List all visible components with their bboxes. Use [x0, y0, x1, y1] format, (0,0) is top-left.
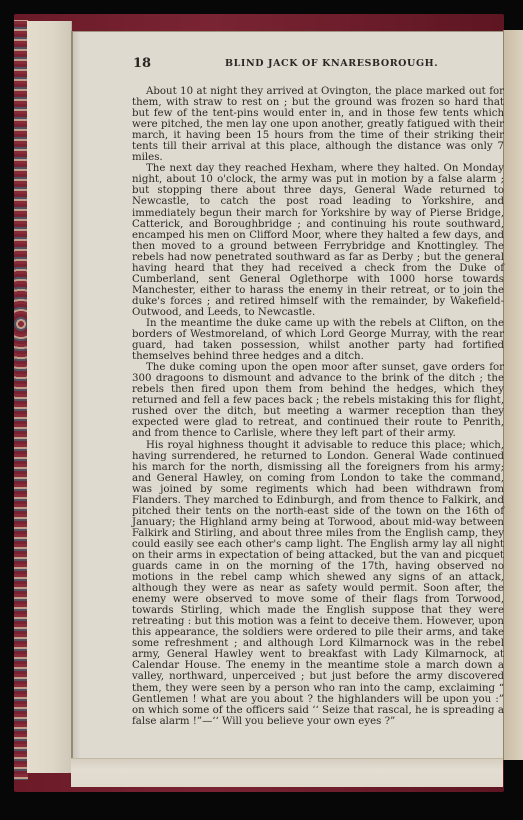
running-title: BLIND JACK OF KNARESBOROUGH.	[225, 58, 438, 69]
binding-gutter	[27, 21, 72, 773]
page-body: About 10 at night they arrived at Ovingt…	[132, 86, 504, 727]
page-stack-bottom	[71, 758, 503, 787]
page-header: 18 BLIND JACK OF KNARESBOROUGH.	[133, 56, 503, 72]
paragraph: The next day they reached Hexham, where …	[132, 163, 504, 318]
page-number: 18	[133, 56, 151, 71]
gutter-shadow	[71, 31, 81, 758]
paragraph: In the meantime the duke came up with th…	[132, 318, 504, 362]
marbled-page-edge	[14, 20, 28, 780]
paragraph: The duke coming upon the open moor after…	[132, 362, 504, 439]
paragraph: His royal highness thought it advisable …	[132, 440, 504, 727]
next-page-edge	[503, 30, 523, 760]
paragraph: About 10 at night they arrived at Ovingt…	[132, 86, 504, 163]
